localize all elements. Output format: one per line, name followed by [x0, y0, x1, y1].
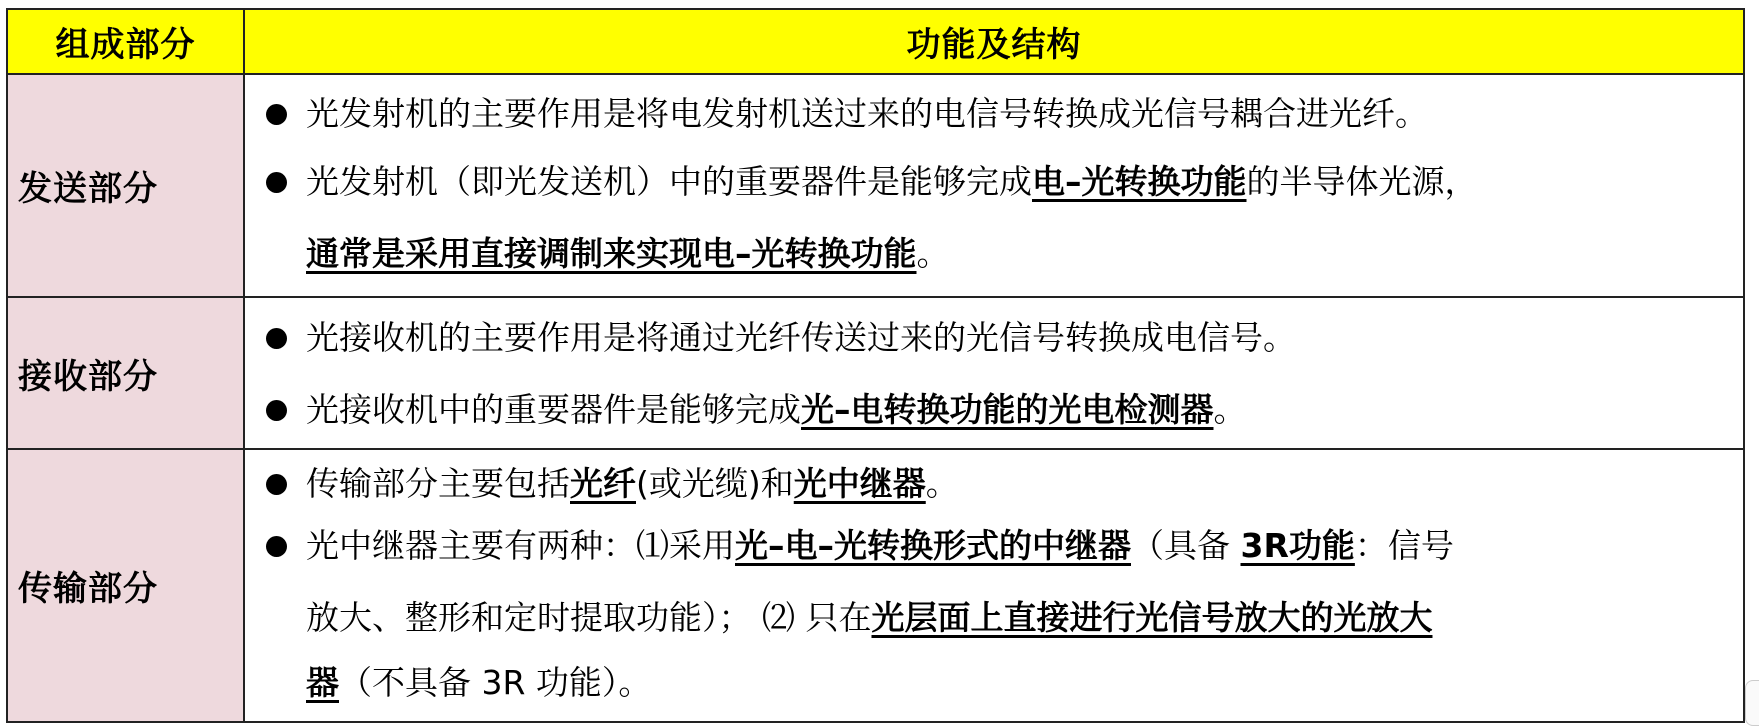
emphasis-text: 通常是采用直接调制来实现电–光转换功能	[306, 234, 917, 273]
text-segment: (或光缆)和	[636, 464, 794, 503]
text-segment: 光接收机的主要作用是将通过光纤传送过来的光信号转换成电信号。	[306, 318, 1296, 357]
content-line: 光发射机的主要作用是将电发射机送过来的电信号转换成光信号耦合进光纤。	[306, 92, 1731, 136]
header-cell-component: 组成部分	[8, 10, 245, 73]
header-label-component: 组成部分	[56, 17, 196, 66]
content-line: 光发射机（即光发送机）中的重要器件是能够完成电–光转换功能的半导体光源，	[306, 160, 1731, 204]
emphasis-text: 光–电–光转换形式的中继器	[735, 526, 1131, 565]
text-segment: 光接收机中的重要器件是能够完成	[306, 390, 801, 429]
bullet-icon	[266, 328, 287, 349]
content-line: 传输部分主要包括光纤(或光缆)和光中继器。	[306, 462, 1731, 506]
bullet-icon	[266, 400, 287, 421]
emphasis-text: 器	[306, 663, 339, 702]
text-segment: 光发射机（即光发送机）中的重要器件是能够完成	[306, 162, 1032, 201]
emphasis-text: 电–光转换功能	[1032, 162, 1247, 201]
table-row-transmit: 发送部分 光发射机的主要作用是将电发射机送过来的电信号转换成光信号耦合进光纤。 …	[8, 73, 1743, 296]
content-line: 光接收机中的重要器件是能够完成光–电转换功能的光电检测器。	[306, 388, 1731, 432]
bullet-icon	[266, 536, 287, 557]
emphasis-text: 光纤	[570, 464, 636, 503]
scroll-handle[interactable]	[1745, 680, 1759, 726]
row-label: 传输部分	[8, 561, 158, 610]
content-line: 通常是采用直接调制来实现电–光转换功能。	[306, 232, 1731, 276]
row-label-cell: 传输部分	[8, 450, 245, 721]
text-segment: （具备	[1131, 526, 1241, 565]
emphasis-text: 光中继器	[794, 464, 926, 503]
text-segment: 传输部分主要包括	[306, 464, 570, 503]
header-cell-function: 功能及结构	[245, 10, 1743, 73]
text-segment: 。	[1214, 390, 1247, 429]
content-line: 光接收机的主要作用是将通过光纤传送过来的光信号转换成电信号。	[306, 316, 1731, 360]
row-content-cell: 光接收机的主要作用是将通过光纤传送过来的光信号转换成电信号。 光接收机中的重要器…	[245, 298, 1743, 448]
row-label-cell: 接收部分	[8, 298, 245, 448]
text-segment: （不具备 3R 功能）。	[339, 663, 651, 702]
bullet-icon	[266, 474, 287, 495]
row-label: 接收部分	[8, 349, 158, 398]
content-line: 放大、整形和定时提取功能）； ⑵ 只在光层面上直接进行光信号放大的光放大	[306, 596, 1731, 640]
header-label-function: 功能及结构	[907, 17, 1082, 66]
text-segment: 光中继器主要有两种：⑴采用	[306, 526, 735, 565]
emphasis-text: 光层面上直接进行光信号放大的光放大	[871, 598, 1432, 637]
bullet-icon	[266, 104, 287, 125]
text-segment: 放大、整形和定时提取功能）； ⑵ 只在	[306, 598, 871, 637]
text-segment: ：信号	[1355, 526, 1454, 565]
row-label: 发送部分	[8, 161, 158, 210]
component-function-table: 组成部分 功能及结构 发送部分 光发射机的主要作用是将电发射机送过来的电信号转换…	[6, 8, 1745, 723]
table-row-transmission: 传输部分 传输部分主要包括光纤(或光缆)和光中继器。 光中继器主要有两种：⑴采用…	[8, 448, 1743, 721]
text-segment: 。	[926, 464, 959, 503]
row-label-cell: 发送部分	[8, 75, 245, 296]
text-segment: 。	[917, 234, 950, 273]
table-header-row: 组成部分 功能及结构	[8, 10, 1743, 73]
emphasis-text: 光–电转换功能的光电检测器	[801, 390, 1214, 429]
bullet-icon	[266, 172, 287, 193]
table-row-receive: 接收部分 光接收机的主要作用是将通过光纤传送过来的光信号转换成电信号。 光接收机…	[8, 296, 1743, 448]
text-segment: 光发射机的主要作用是将电发射机送过来的电信号转换成光信号耦合进光纤。	[306, 94, 1428, 133]
row-content-cell: 传输部分主要包括光纤(或光缆)和光中继器。 光中继器主要有两种：⑴采用光–电–光…	[245, 450, 1743, 721]
content-line: 器（不具备 3R 功能）。	[306, 661, 1731, 705]
text-segment: 的半导体光源，	[1247, 162, 1478, 201]
content-line: 光中继器主要有两种：⑴采用光–电–光转换形式的中继器（具备 3R功能：信号	[306, 524, 1731, 568]
row-content-cell: 光发射机的主要作用是将电发射机送过来的电信号转换成光信号耦合进光纤。 光发射机（…	[245, 75, 1743, 296]
emphasis-text: 3R功能	[1241, 526, 1355, 565]
